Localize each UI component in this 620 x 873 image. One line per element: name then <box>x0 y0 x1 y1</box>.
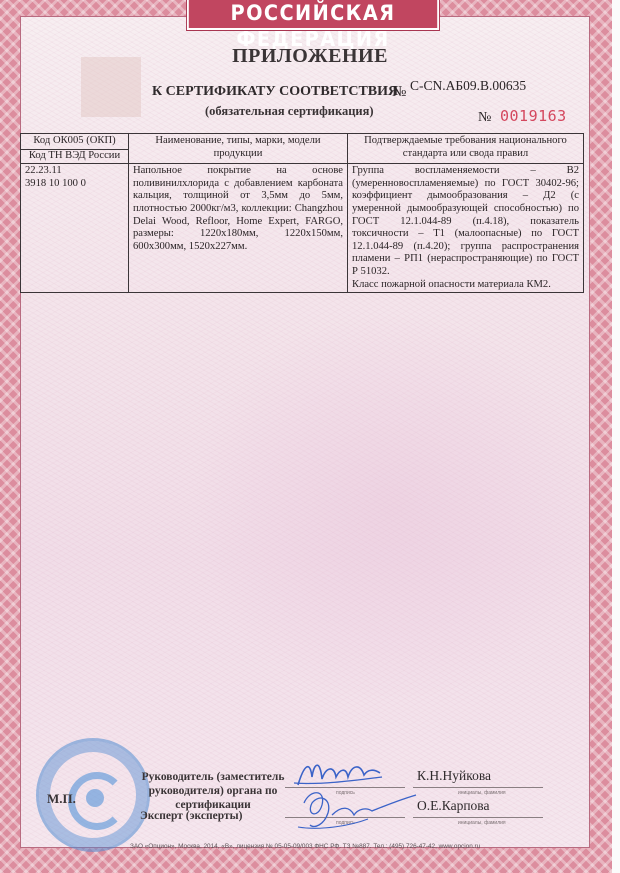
head-name-caption: инициалы, фамилия <box>458 790 506 796</box>
head-label: Руководитель (заместитель руководителя) … <box>118 770 308 812</box>
table-header-row: Код ОК005 (ОКП) Код ТН ВЭД России Наимен… <box>21 134 584 164</box>
document-subtitle: К СЕРТИФИКАТУ СООТВЕТСТВИЯ <box>152 84 398 100</box>
expert-name-caption: инициалы, фамилия <box>458 820 506 826</box>
header-product: Наименование, типы, марки, модели продук… <box>129 134 348 164</box>
cell-codes: 22.23.11 3918 10 100 0 <box>21 164 129 293</box>
header-codes: Код ОК005 (ОКП) Код ТН ВЭД России <box>21 134 129 164</box>
expert-name-line <box>413 817 543 818</box>
code-okp-value: 22.23.11 <box>25 165 124 178</box>
certification-type: (обязательная сертификация) <box>205 104 374 119</box>
requirements-text: Группа воспламеняемости – В2 (умеренново… <box>352 165 579 278</box>
document-title: ПРИЛОЖЕНИЕ <box>0 45 620 68</box>
product-table: Код ОК005 (ОКП) Код ТН ВЭД России Наимен… <box>20 133 584 293</box>
serial-sign: № <box>478 110 491 126</box>
head-name-line <box>413 787 543 788</box>
certificate-number: С-CN.АБ09.В.00635 <box>410 78 526 94</box>
header-code-okp: Код ОК005 (ОКП) <box>25 135 124 148</box>
head-name: К.Н.Нуйкова <box>417 768 491 784</box>
seal-logo-dot-icon <box>86 789 104 807</box>
page-margin <box>612 0 620 873</box>
printer-imprint: ЗАО «Опцион», Москва, 2014, «В», лицензи… <box>130 843 480 850</box>
country-banner: РОССИЙСКАЯ ФЕДЕРАЦИЯ <box>187 0 439 30</box>
cell-product: Напольное покрытие на основе поливинилхл… <box>129 164 348 293</box>
code-tn-ved-value: 3918 10 100 0 <box>25 178 124 191</box>
serial-number: 0019163 <box>500 107 567 125</box>
guilloche-rosette <box>181 317 601 697</box>
cell-requirements: Группа воспламеняемости – В2 (умеренново… <box>348 164 584 293</box>
header-requirements: Подтверждаемые требования национального … <box>348 134 584 164</box>
number-sign: № <box>392 84 406 101</box>
expert-label: Эксперт (эксперты) <box>140 810 242 822</box>
fire-class-text: Класс пожарной опасности материала КМ2. <box>352 279 579 292</box>
table-row: 22.23.11 3918 10 100 0 Напольное покрыти… <box>21 164 584 293</box>
stamp-label: М.П. <box>47 791 76 807</box>
expert-signature-icon <box>292 785 422 835</box>
expert-name: О.Е.Карпова <box>417 798 489 814</box>
header-code-tn-ved: Код ТН ВЭД России <box>21 149 128 163</box>
